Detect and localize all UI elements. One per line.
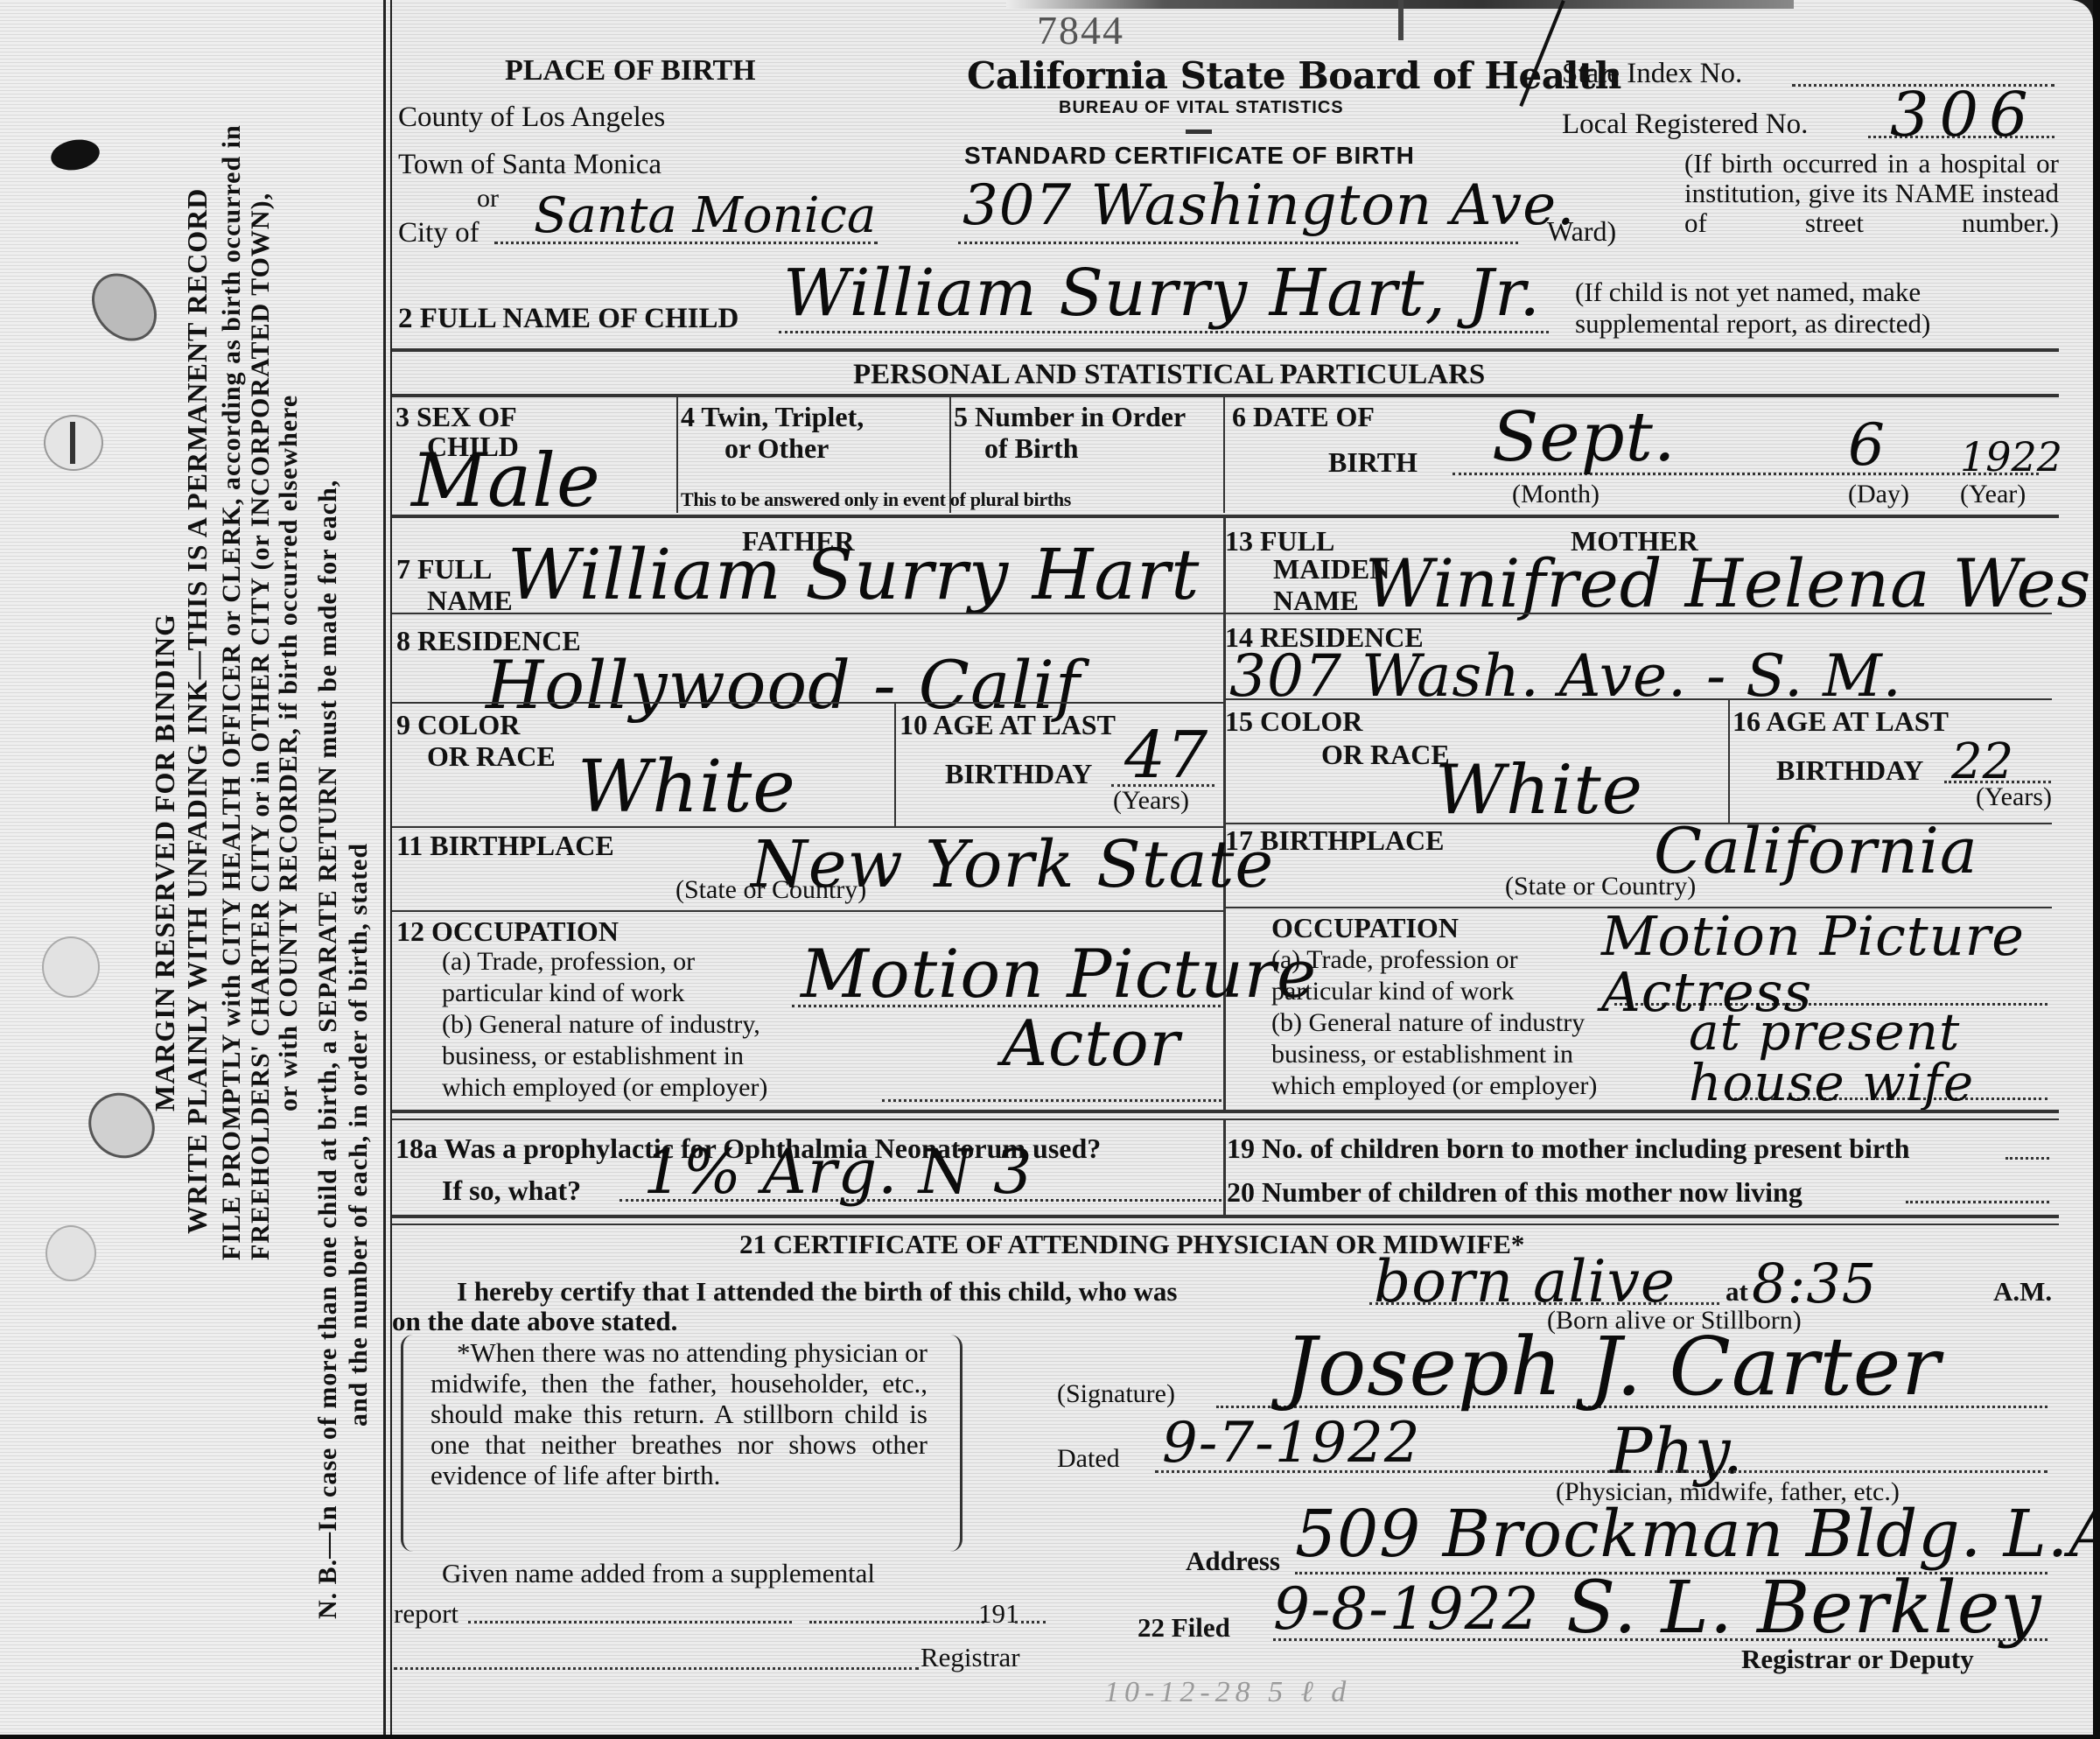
punch-hole-icon [79, 261, 171, 354]
rule [392, 1215, 2059, 1218]
registrar-label: Registrar [920, 1642, 1020, 1673]
binding-margin: MARGIN RESERVED FOR BINDING WRITE PLAINL… [0, 0, 385, 1735]
column-divider [1223, 396, 1225, 513]
twin-label-2: or Other [724, 432, 829, 465]
rule [392, 348, 2059, 352]
dob-label-2: BIRTH [1328, 446, 1417, 479]
column-divider [1223, 1120, 1226, 1217]
address-value: 509 Brockman Bldg. L.A. [1295, 1497, 2100, 1572]
supplemental-registrar-field [394, 1667, 919, 1670]
father-color-label: 9 COLOR [396, 709, 520, 741]
q19-label: 19 No. of children born to mother includ… [1227, 1132, 1910, 1165]
father-occ-b-label-3: which employed (or employer) [442, 1073, 767, 1103]
dob-month-value: Sept. [1492, 398, 1676, 477]
am-label: A.M. [1993, 1276, 2052, 1308]
dob-day-value: 6 [1848, 411, 1886, 479]
margin-rule [383, 0, 386, 1735]
mother-color-label-2: OR RACE [1321, 739, 1450, 771]
father-age-label: 10 AGE AT LAST [899, 709, 1116, 741]
child-name-label: 2 FULL NAME OF CHILD [398, 303, 738, 335]
margin-nb-text-2: and the number of each, in order of birt… [341, 843, 376, 1427]
punch-hole-icon [42, 936, 100, 998]
bureau-title: BUREAU OF VITAL STATISTICS [1059, 98, 1344, 118]
column-divider [676, 396, 678, 513]
mother-occ-b-label: (b) General nature of industry [1271, 1008, 1585, 1038]
dated-value: 9-7-1922 [1162, 1411, 1421, 1476]
margin-binding-text: MARGIN RESERVED FOR BINDING [147, 614, 182, 1111]
street-dotted-line [958, 242, 1518, 244]
father-occ-b-label: (b) General nature of industry, [442, 1010, 760, 1040]
father-occ-a-label: (a) Trade, profession, or [442, 947, 695, 977]
q19-field [2005, 1157, 2049, 1160]
father-state-caption: (State or Country) [675, 875, 866, 905]
certify-text: I hereby certify that I attended the bir… [457, 1276, 1178, 1308]
sex-label: 3 SEX OF [395, 401, 517, 433]
father-occ-b-field [882, 1099, 1221, 1102]
mother-birthplace-label: 17 BIRTHPLACE [1225, 824, 1444, 857]
signature-label: (Signature) [1057, 1379, 1175, 1409]
mother-state-caption: (State or Country) [1505, 872, 1696, 901]
mother-occ-a-label-2: particular kind of work [1271, 977, 1514, 1006]
scan-edge [0, 1735, 2100, 1739]
margin-rule [390, 0, 392, 1735]
father-age-value: 47 [1124, 718, 1208, 793]
father-occ-a-label-2: particular kind of work [442, 978, 684, 1008]
father-occ-a-value: Motion Picture [801, 935, 1317, 1013]
rule [392, 394, 2059, 397]
scan-edge [2093, 0, 2100, 1739]
ward-label: Ward) [1547, 215, 1616, 248]
mother-age-label-2: BIRTHDAY [1776, 754, 1923, 787]
county-label: County of Los Angeles [398, 102, 665, 134]
mother-color-label: 15 COLOR [1225, 705, 1362, 738]
child-name-value: William Surry Hart, Jr. [783, 256, 1541, 331]
father-color-label-2: OR RACE [427, 740, 556, 773]
dob-year-value: 1922 [1960, 433, 2062, 480]
margin-nb-text-1: N. B.—In case of more than one child at … [311, 480, 346, 1619]
place-of-birth-title: PLACE OF BIRTH [505, 54, 756, 88]
signature-value: Joseph J. Carter [1284, 1320, 1941, 1413]
father-occupation-label: 12 OCCUPATION [396, 915, 619, 948]
mother-birthplace-value: California [1654, 814, 1978, 887]
report-date-field [809, 1621, 984, 1623]
q18a-value: 1% Arg. N 3 [643, 1136, 1033, 1208]
birth-order-label: 5 Number in Order [954, 401, 1186, 433]
given-name-note: Given name added from a supplemental [442, 1558, 875, 1589]
rule [392, 702, 1223, 704]
mother-occ-a-label: (a) Trade, profession or [1271, 945, 1518, 975]
stamp-number: 7844 [1037, 7, 1124, 53]
town-label: Town of Santa Monica [398, 149, 661, 181]
margin-filing-text-3: or with COUNTY RECORDER, if birth occurr… [271, 395, 306, 1111]
column-divider [894, 704, 896, 826]
address-label: Address [1186, 1546, 1280, 1577]
registrar-deputy-caption: Registrar or Deputy [1741, 1644, 1974, 1675]
rule [392, 613, 1223, 614]
punch-hole-icon [44, 415, 103, 471]
header-dash [1186, 130, 1212, 134]
father-years-caption: (Years) [1113, 786, 1189, 816]
father-age-label-2: BIRTHDAY [945, 758, 1092, 790]
city-label: City of [398, 217, 479, 249]
mother-occ-b-label-2: business, or establishment in [1271, 1040, 1573, 1069]
punch-hole-icon [48, 136, 101, 173]
sex-value: Male [411, 438, 601, 523]
punch-hole-icon [45, 1225, 96, 1281]
plural-births-note: This to be answered only in event of plu… [681, 488, 1071, 511]
month-caption: (Month) [1512, 480, 1599, 509]
father-birthplace-label: 11 BIRTHPLACE [396, 830, 614, 862]
day-caption: (Day) [1848, 480, 1909, 509]
parent-divider [1223, 516, 1226, 1111]
mother-occ-b-label-3: which employed (or employer) [1271, 1071, 1597, 1101]
father-name-value: William Surry Hart [507, 534, 1200, 615]
twin-label: 4 Twin, Triplet, [681, 401, 864, 433]
date-stated-text: on the date above stated. [392, 1306, 677, 1337]
street-value: 307 Washington Ave. [962, 173, 1575, 238]
father-color-value: White [577, 746, 796, 829]
mother-occupation-label: OCCUPATION [1271, 912, 1459, 944]
mother-age-label: 16 AGE AT LAST [1732, 705, 1949, 738]
mother-name-value: Winifred Helena Westover [1365, 544, 2100, 622]
rule [392, 1224, 2059, 1225]
pencil-note: 10-12-28 5 ℓ d [1104, 1676, 1351, 1709]
dob-label: 6 DATE OF [1232, 401, 1375, 433]
report-label: report [394, 1598, 458, 1630]
child-name-field [779, 331, 1549, 333]
birth-order-label-2: of Birth [984, 432, 1079, 465]
local-registered-label: Local Registered No. [1562, 109, 1808, 141]
hospital-note: (If birth occurred in a hospital or inst… [1684, 149, 2059, 238]
father-occ-b-label-2: business, or establishment in [442, 1041, 744, 1071]
section-title: PERSONAL AND STATISTICAL PARTICULARS [853, 359, 1485, 391]
q18a-followup-label: If so, what? [442, 1175, 581, 1207]
board-title: California State Board of Health [967, 54, 1621, 97]
margin-ink-text: WRITE PLAINLY WITH UNFADING INK—THIS IS … [179, 188, 214, 1234]
mother-occ-b-value: at present house wife [1689, 1006, 2056, 1108]
q20-field [1906, 1201, 2049, 1203]
or-label: or [477, 184, 499, 214]
birth-certificate: MARGIN RESERVED FOR BINDING WRITE PLAINL… [0, 0, 2093, 1735]
column-divider [1728, 700, 1730, 823]
city-value: Santa Monica [534, 187, 876, 244]
rule [1225, 613, 2052, 614]
rule [392, 910, 1223, 912]
father-name-label: 7 FULL [396, 553, 492, 586]
state-index-label: State Index No. [1562, 58, 1742, 90]
mother-years-caption: (Years) [1976, 782, 2052, 812]
local-registered-value: 306 [1890, 79, 2039, 151]
report-year-field [1015, 1621, 1046, 1623]
father-occ-b-value: Actor [1002, 1006, 1180, 1080]
dated-label: Dated [1057, 1444, 1120, 1474]
rule [392, 1110, 2059, 1113]
q20-label: 20 Number of children of this mother now… [1227, 1176, 1802, 1209]
registrar-signature-value: S. L. Berkley [1566, 1567, 2042, 1650]
pen-mark-icon [1398, 0, 1403, 40]
rule [1225, 698, 2052, 700]
child-name-note: (If child is not yet named, make supplem… [1575, 277, 2061, 340]
year-caption: (Year) [1960, 480, 2026, 509]
filed-label: 22 Filed [1137, 1612, 1230, 1644]
footnote-text: *When there was no attending physician o… [430, 1337, 927, 1490]
report-year: 191 [978, 1598, 1019, 1630]
mother-color-value: White [1435, 751, 1643, 830]
report-field [468, 1621, 792, 1623]
at-label: at [1725, 1276, 1748, 1308]
certificate-title: STANDARD CERTIFICATE OF BIRTH [964, 142, 1415, 170]
filed-date-value: 9-8-1922 [1273, 1575, 1540, 1643]
